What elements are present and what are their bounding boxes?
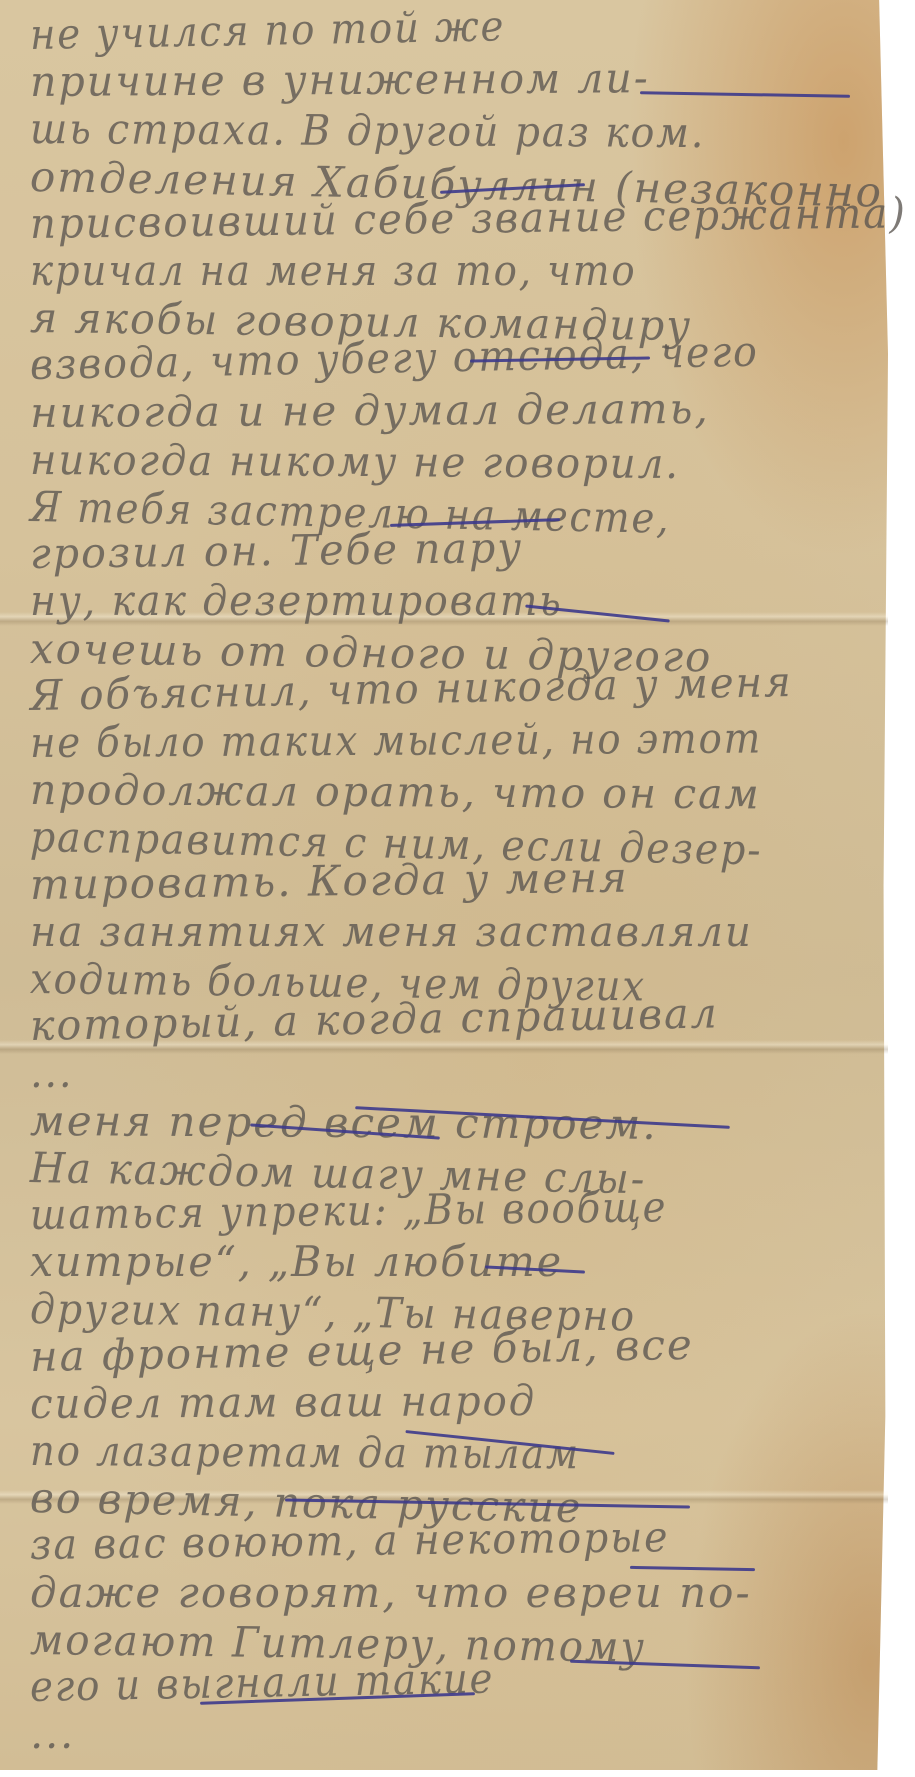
handwritten-line: ... [30, 1048, 74, 1097]
handwritten-line: даже говорят, что евреи по- [30, 1568, 752, 1617]
handwritten-line: никогда никому не говорил. [30, 435, 680, 488]
handwritten-line: не было таких мыслей, но этот [30, 714, 762, 767]
handwritten-line: ... [30, 1709, 75, 1758]
handwritten-line: не учился по той же [30, 1, 506, 59]
handwritten-line: ну, как дезертировать [30, 576, 563, 625]
handwritten-line: хитрые“, „Вы любите [30, 1237, 563, 1286]
handwritten-line: за вас воюют, а некоторые [30, 1513, 670, 1570]
handwritten-line: меня перед всем строем. [30, 1096, 658, 1149]
handwritten-line: шь страха. В другой раз ком. [30, 104, 706, 157]
handwritten-line: шаться упреки: „Вы вообще [30, 1182, 668, 1239]
handwritten-line: грозил он. Тебе пару [30, 523, 524, 578]
handwritten-line: присвоивший себе звание сержанта) [30, 188, 907, 248]
handwritten-line: причине в униженном ли- [30, 53, 650, 106]
handwritten-line: на занятиях меня заставляли [30, 907, 753, 956]
handwritten-line: кричал на меня за то, что [30, 246, 636, 295]
handwritten-line: никогда и не думал делать, [30, 383, 710, 436]
handwritten-line: продолжал орать, что он сам [30, 765, 761, 818]
handwritten-line: по лазаретам да тылам [30, 1426, 580, 1478]
handwritten-line: тировать. Когда у меня [30, 852, 629, 908]
handwritten-line: сидел там ваш народ [30, 1376, 536, 1428]
